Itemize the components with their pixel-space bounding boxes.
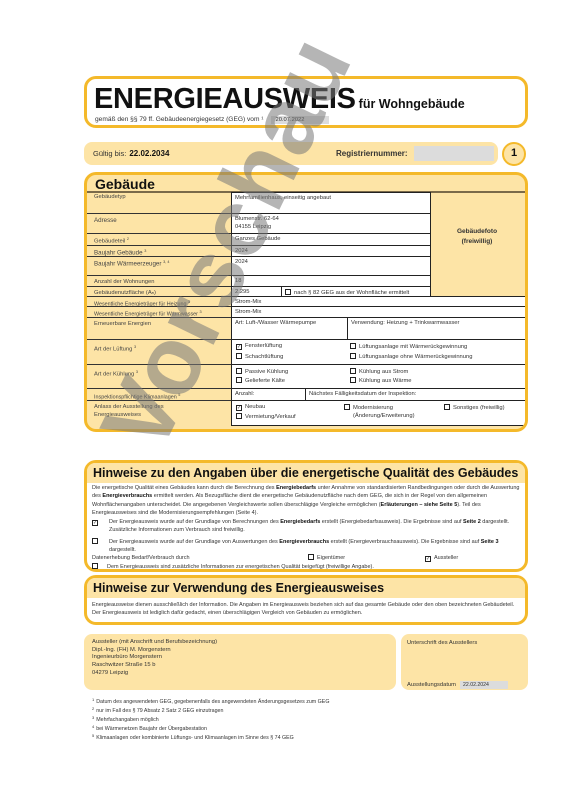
geg-date-field[interactable]: 20.07.2022 — [271, 116, 329, 124]
validity-bar: Gültig bis:22.02.2034 Registriernummer: — [84, 142, 498, 165]
valid-until-date: 22.02.2034 — [129, 149, 169, 158]
option-other[interactable]: Sonstiges (freiwillig) — [444, 404, 505, 413]
checkbox-icon[interactable] — [444, 404, 450, 410]
checkbox-icon[interactable] — [236, 368, 242, 374]
checkbox-icon[interactable] — [344, 404, 350, 410]
issuer-box: Aussteller (mit Anschrift und Berufsbeze… — [84, 634, 396, 690]
option-ventilation-with-hr[interactable]: Lüftungsanlage mit Wärmerückgewinnung — [350, 343, 467, 352]
issue-date: Ausstellungsdatum22.02.2024 — [407, 681, 508, 689]
checkbox-checked-icon[interactable]: ✓ — [236, 344, 242, 350]
ventilation-options: ✓Fensterlüftung Lüftungsanlage mit Wärme… — [231, 339, 528, 365]
option-delivered-cold[interactable]: Gelieferte Kälte — [236, 377, 285, 386]
footnote: 1Datum des angewendeten GEG, gegebenenfa… — [92, 697, 329, 706]
section-title: Gebäude — [95, 176, 155, 192]
header-box: ENERGIEAUSWEISfür Wohngebäude gemäß den … — [84, 76, 528, 128]
footnote: 3Mehrfachangaben möglich — [92, 715, 329, 724]
occasion-options: ✓Neubau Modernisierung(Änderung/Erweiter… — [231, 400, 528, 426]
checkbox-checked-icon[interactable]: ✓ — [425, 556, 431, 562]
option-owner[interactable]: Eigentümer — [308, 554, 345, 562]
field-renewables-usage[interactable]: Verwendung: Heizung + Trinkwarmwasser — [347, 317, 528, 340]
footnote: 2nur im Fall des § 79 Absatz 2 Satz 2 GE… — [92, 706, 329, 715]
option-new-building[interactable]: ✓Neubau — [236, 404, 265, 412]
label-cooling: Art der Kühlung 3 — [91, 368, 141, 381]
option-shaft-ventilation[interactable]: Schachtlüftung — [236, 353, 283, 362]
field-building-type[interactable]: Mehrfamilienhaus, einseitig angebaut — [231, 192, 431, 214]
valid-until: Gültig bis:22.02.2034 — [93, 149, 169, 158]
field-renewables-type[interactable]: Art: Luft-/Wasser Wärmepumpe — [231, 317, 348, 340]
issuer-line: Dipl.-Ing. (FH) M. Morgenstern — [92, 647, 217, 655]
building-section: Gebäude Gebäudetyp Adresse Gebäudeteil 2… — [84, 172, 528, 432]
field-address[interactable]: Blumenstr. 62-6404155 Leipzig — [231, 213, 431, 234]
data-collection-label: Datenerhebung Bedarf/Verbrauch durch — [92, 554, 190, 562]
usage-notes-section: Hinweise zur Verwendung des Energieauswe… — [84, 575, 528, 625]
footnote: 4bei Wärmenetzen Baujahr der Übergabesta… — [92, 724, 329, 733]
issuer-line: Ingenieurbüro Morgenstern — [92, 654, 217, 662]
checkbox-icon[interactable] — [308, 554, 314, 560]
issuer-label: Aussteller (mit Anschrift und Berufsbeze… — [92, 639, 217, 647]
field-year-heater[interactable]: 2024 — [231, 256, 431, 276]
legal-basis: gemäß den §§ 79 ff. Gebäudeenergiegesetz… — [95, 116, 329, 124]
option-ventilation-without-hr[interactable]: Lüftungsanlage ohne Wärmerückgewinnung — [350, 353, 472, 362]
quality-intro: Die energetische Qualität eines Gebäudes… — [92, 484, 522, 517]
checkbox-icon[interactable] — [92, 538, 98, 544]
label-address: Adresse — [91, 215, 120, 227]
signature-box[interactable]: Unterschrift des Ausstellers Ausstellung… — [401, 634, 528, 690]
option-rent-sale[interactable]: Vermietung/Verkauf — [236, 413, 296, 422]
label-year-heater: Baujahr Wärmeerzeuger 3, 4 — [91, 258, 172, 271]
label-ventilation: Art der Lüftung 3 — [91, 343, 139, 356]
option-heat-cooling[interactable]: Kühlung aus Wärme — [350, 377, 412, 386]
demand-checkbox[interactable]: ✓ — [92, 518, 101, 526]
label-building-type: Gebäudetyp — [91, 192, 129, 204]
building-photo-placeholder[interactable]: Gebäudefoto(freiwillig) — [431, 192, 523, 281]
quality-notes-section: Hinweise zu den Angaben über die energet… — [84, 460, 528, 572]
issuer-details: Aussteller (mit Anschrift und Berufsbeze… — [92, 639, 217, 678]
label-occasion: Anlass der Ausstellung desEnergieausweis… — [91, 402, 167, 422]
option-window-ventilation[interactable]: ✓Fensterlüftung — [236, 343, 282, 351]
option-issuer[interactable]: ✓Aussteller — [425, 554, 458, 562]
usage-text: Energieausweise dienen ausschließlich de… — [92, 601, 522, 618]
checkbox-icon[interactable] — [350, 343, 356, 349]
demand-text: Der Energieausweis wurde auf der Grundla… — [109, 518, 519, 535]
checkbox-icon[interactable] — [350, 353, 356, 359]
registration-number-field[interactable] — [414, 146, 494, 161]
checkbox-checked-icon[interactable]: ✓ — [236, 405, 242, 411]
issuer-line: Raschwitzer Straße 15 b — [92, 662, 217, 670]
cooling-options: Passive Kühlung Kühlung aus Strom Gelief… — [231, 364, 528, 389]
signature-label: Unterschrift des Ausstellers — [407, 640, 477, 646]
issuer-line: 04279 Leipzig — [92, 670, 217, 678]
checkbox-icon[interactable] — [285, 289, 291, 295]
document-title: ENERGIEAUSWEISfür Wohngebäude — [94, 83, 465, 116]
checkbox-checked-icon[interactable]: ✓ — [92, 520, 98, 526]
page-number-badge: 1 — [502, 142, 526, 166]
checkbox-icon[interactable] — [236, 353, 242, 359]
checkbox-icon[interactable] — [236, 413, 242, 419]
section-header: Hinweise zur Verwendung des Energieauswe… — [87, 578, 525, 598]
issue-date-field[interactable]: 22.02.2024 — [460, 681, 508, 689]
checkbox-icon[interactable] — [350, 377, 356, 383]
consumption-text: Der Energieausweis wurde auf der Grundla… — [109, 538, 519, 555]
footnotes: 1Datum des angewendeten GEG, gegebenenfa… — [92, 697, 329, 742]
option-modernisation[interactable]: Modernisierung(Änderung/Erweiterung) — [344, 404, 415, 421]
checkbox-icon[interactable] — [350, 368, 356, 374]
label-renewables: Erneuerbare Energien — [91, 319, 154, 331]
checkbox-icon[interactable] — [92, 563, 98, 569]
document-subtitle: für Wohngebäude — [359, 97, 465, 111]
footnote: 5Klimaanlagen oder kombinierte Lüftungs-… — [92, 733, 329, 742]
section-header: Hinweise zu den Angaben über die energet… — [87, 463, 525, 483]
option-electric-cooling[interactable]: Kühlung aus Strom — [350, 368, 408, 377]
checkbox-icon[interactable] — [236, 377, 242, 383]
consumption-checkbox[interactable] — [92, 538, 101, 546]
additional-info-option[interactable]: Dem Energieausweis sind zusätzliche Info… — [92, 563, 374, 571]
registration-label: Registriernummer: — [336, 149, 408, 158]
option-passive-cooling[interactable]: Passive Kühlung — [236, 368, 288, 377]
